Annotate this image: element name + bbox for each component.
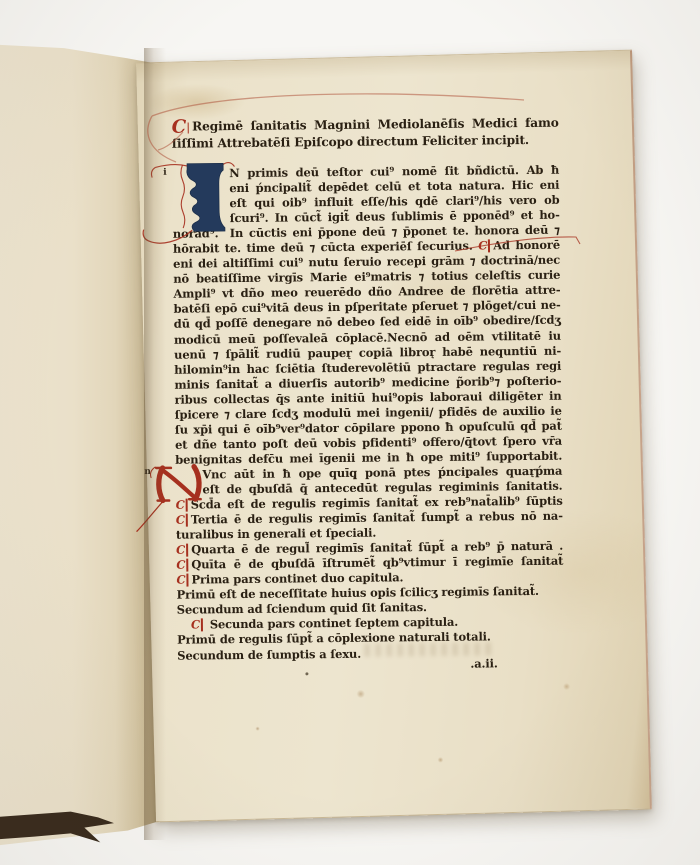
- capitulum-mark: C: [176, 543, 189, 558]
- capitulum-mark: C: [172, 122, 191, 135]
- ink-spot: [305, 672, 308, 675]
- capitulum-mark: C: [191, 618, 204, 633]
- heading: CRegimē ſanitatis Magnini Mediolanēſis M…: [172, 115, 559, 153]
- body-text: i n: [172, 163, 564, 664]
- capitulum-mark: C: [176, 498, 189, 513]
- recto-page: CRegimē ſanitatis Magnini Mediolanēſis M…: [136, 50, 652, 823]
- text-line: ſiſſimi Attrebatēſi Epiſcopo directum Fe…: [172, 132, 559, 153]
- signature-mark: .a.ii.: [470, 656, 497, 670]
- show-through-stain: [364, 642, 496, 656]
- text-block: CRegimē ſanitatis Magnini Mediolanēſis M…: [172, 115, 565, 664]
- photo-backdrop: { "colors":{ "background":"#f7f6f3", "pa…: [0, 0, 700, 865]
- capitulum-mark: C: [176, 573, 189, 588]
- guide-letter-i: i: [163, 168, 166, 178]
- capitulum-mark: C: [176, 558, 189, 573]
- guide-letter-n: n: [144, 467, 151, 477]
- illuminated-initial-I: [182, 162, 229, 232]
- initial-I-glyph: [187, 163, 225, 231]
- capitulum-mark: C: [176, 513, 189, 528]
- capitulum-mark: C: [478, 239, 491, 254]
- verso-page: [0, 40, 160, 850]
